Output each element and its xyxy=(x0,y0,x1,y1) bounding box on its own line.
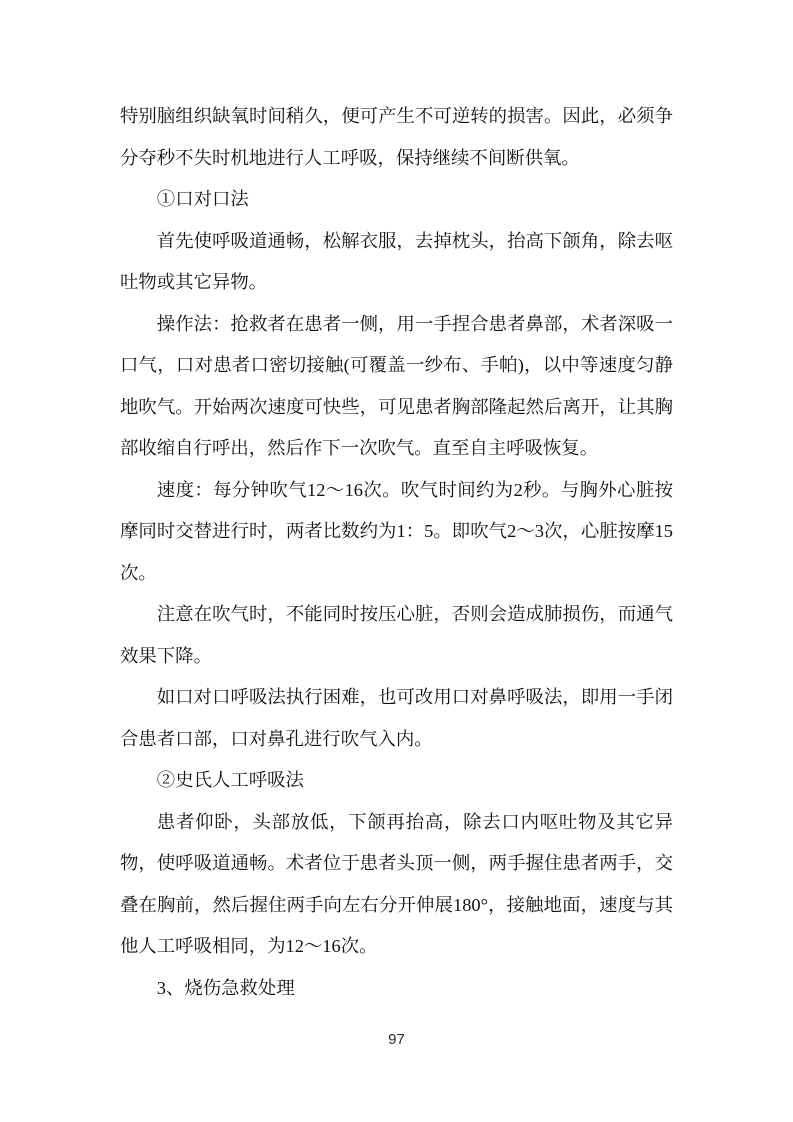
document-body: 特别脑组织缺氧时间稍久，便可产生不可逆转的损害。因此，必须争分夺秒不失时机地进行… xyxy=(120,96,673,1009)
page-footer: 97 xyxy=(0,1030,793,1050)
body-paragraph: 患者仰卧，头部放低，下颌再抬高，除去口内呕吐物及其它异物，使呼吸道通畅。术者位于… xyxy=(120,802,673,968)
body-paragraph: 速度：每分钟吹气12～16次。吹气时间约为2秒。与胸外心脏按摩同时交替进行时，两… xyxy=(120,470,673,595)
body-paragraph: ②史氏人工呼吸法 xyxy=(120,760,673,802)
document-page: 特别脑组织缺氧时间稍久，便可产生不可逆转的损害。因此，必须争分夺秒不失时机地进行… xyxy=(0,0,793,1122)
body-paragraph: ①口对口法 xyxy=(120,179,673,221)
body-paragraph: 首先使呼吸道通畅，松解衣服，去掉枕头，抬高下颌角，除去呕吐物或其它异物。 xyxy=(120,221,673,304)
body-paragraph: 3、烧伤急救处理 xyxy=(120,968,673,1010)
body-paragraph: 特别脑组织缺氧时间稍久，便可产生不可逆转的损害。因此，必须争分夺秒不失时机地进行… xyxy=(120,96,673,179)
body-paragraph: 注意在吹气时，不能同时按压心脏，否则会造成肺损伤，而通气效果下降。 xyxy=(120,594,673,677)
body-paragraph: 如口对口呼吸法执行困难，也可改用口对鼻呼吸法，即用一手闭合患者口部，口对鼻孔进行… xyxy=(120,677,673,760)
body-paragraph: 操作法：抢救者在患者一侧，用一手捏合患者鼻部，术者深吸一口气，口对患者口密切接触… xyxy=(120,304,673,470)
page-number: 97 xyxy=(388,1031,405,1048)
